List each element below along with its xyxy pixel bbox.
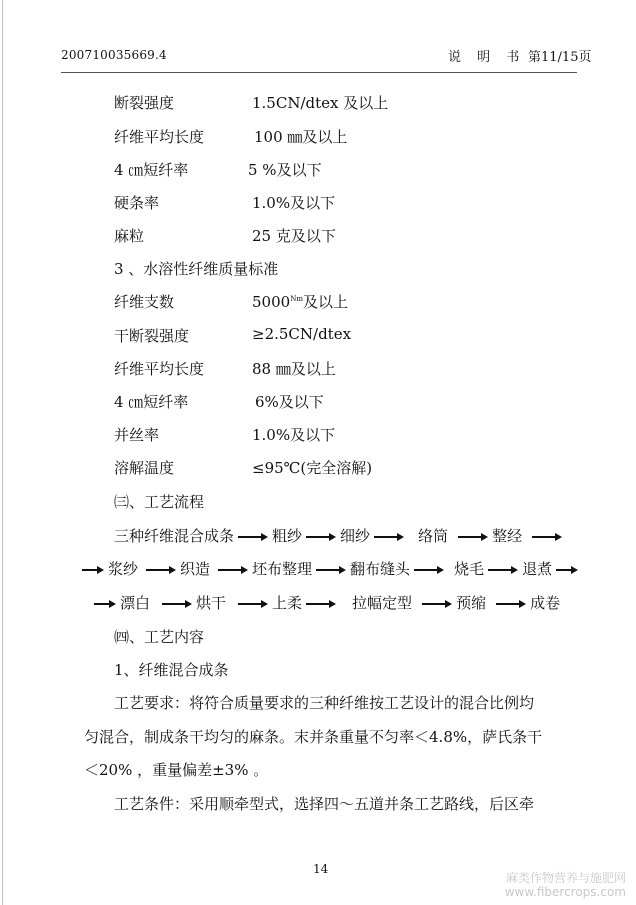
flow-step: 成卷 <box>530 594 560 612</box>
page-info: 第11/15页 <box>528 46 591 65</box>
watermark-site-name: 麻类作物营养与施肥网 <box>505 871 626 885</box>
flow-step: 织造 <box>180 560 210 578</box>
arrow-right-icon <box>94 599 116 609</box>
arrow-right-icon <box>146 565 176 575</box>
spec-label: 麻粒 <box>114 225 144 246</box>
arrow-right-icon <box>162 599 192 609</box>
subsection-heading: 1、纤维混合成条 <box>114 659 229 680</box>
spec-value-tail: 及以上 <box>303 293 348 311</box>
watermark: 麻类作物营养与施肥网 www.fibercrops.com <box>505 871 626 899</box>
flow-step: 三种纤维混合成条 <box>114 527 234 545</box>
arrow-right-icon <box>496 599 526 609</box>
flow-line-2: 浆纱织造坯布整理翻布缝头烧毛退煮 <box>82 558 578 579</box>
unit-superscript: Nm <box>290 295 303 303</box>
page-left-border <box>2 0 3 905</box>
arrow-right-icon <box>422 599 452 609</box>
spec-label: 4 ㎝短纤率 <box>114 391 188 412</box>
flow-step: 烘干 <box>196 594 226 612</box>
flow-step: 预缩 <box>456 594 486 612</box>
arrow-right-icon <box>458 532 488 542</box>
arrow-right-icon <box>218 565 248 575</box>
spec-value: 1.0%及以下 <box>252 424 335 445</box>
doc-type-char: 明 <box>477 50 490 65</box>
spec-label: 纤维支数 <box>114 291 174 312</box>
flow-step: 络筒 <box>418 527 448 545</box>
arrow-right-icon <box>306 532 336 542</box>
spec-label: 纤维平均长度 <box>114 126 204 147</box>
arrow-right-icon <box>316 565 346 575</box>
spec-value-number: 5000 <box>252 293 290 311</box>
flow-step: 粗纱 <box>272 527 302 545</box>
spec-value: ≤95℃(完全溶解) <box>252 457 372 478</box>
condition-paragraph-line: 工艺条件：采用顺牵型式，选择四～五道并条工艺路线，后区牵 <box>114 793 534 814</box>
arrow-right-icon <box>414 565 444 575</box>
section-heading: 3 、水溶性纤维质量标准 <box>114 258 278 279</box>
flow-step: 拉幅定型 <box>352 594 412 612</box>
flow-step: 退煮 <box>522 560 552 578</box>
requirement-paragraph-line: 工艺要求：将符合质量要求的三种纤维按工艺设计的混合比例均 <box>114 692 534 713</box>
arrow-right-icon <box>238 599 268 609</box>
flow-step: 细纱 <box>340 527 370 545</box>
arrow-right-icon <box>238 532 268 542</box>
spec-value: 25 克及以下 <box>252 225 336 246</box>
arrow-right-icon <box>556 565 578 575</box>
doc-type-char: 书 <box>506 50 519 65</box>
requirement-paragraph-line: ＜20% ，重量偏差±3% 。 <box>84 759 268 780</box>
flow-step: 烧毛 <box>454 560 484 578</box>
watermark-url: www.fibercrops.com <box>505 885 626 899</box>
process-content-heading: ㈣、工艺内容 <box>114 626 204 647</box>
patent-number: 200710035669.4 <box>61 48 167 62</box>
page-number: 14 <box>313 862 328 876</box>
flow-step: 整经 <box>492 527 522 545</box>
arrow-right-icon <box>532 532 562 542</box>
spec-value: ≥2.5CN/dtex <box>252 325 351 343</box>
spec-label: 纤维平均长度 <box>114 358 204 379</box>
spec-value: 1.0%及以下 <box>252 192 335 213</box>
flow-step: 翻布缝头 <box>350 560 410 578</box>
spec-label: 断裂强度 <box>114 92 174 113</box>
spec-value: 1.5CN/dtex 及以上 <box>252 92 388 113</box>
spec-label: 硬条率 <box>114 192 159 213</box>
flow-step: 上柔 <box>272 594 302 612</box>
spec-value: 5000Nm及以上 <box>252 291 348 312</box>
requirement-paragraph-line: 匀混合，制成条干均匀的麻条。末并条重量不匀率＜4.8%，萨氏条干 <box>84 726 542 747</box>
doc-type-char: 说 <box>448 50 461 65</box>
spec-value: 5 %及以下 <box>248 159 322 180</box>
arrow-right-icon <box>306 599 336 609</box>
arrow-right-icon <box>82 565 104 575</box>
process-flow-heading: ㈢、工艺流程 <box>114 491 204 512</box>
spec-label: 溶解温度 <box>114 457 174 478</box>
flow-line-1: 三种纤维混合成条粗纱细纱络筒整经 <box>114 525 566 546</box>
flow-step: 浆纱 <box>108 560 138 578</box>
arrow-right-icon <box>488 565 518 575</box>
flow-step: 坯布整理 <box>252 560 312 578</box>
spec-label: 并丝率 <box>114 424 159 445</box>
spec-label: 4 ㎝短纤率 <box>114 159 188 180</box>
arrow-right-icon <box>374 532 404 542</box>
spec-label: 干断裂强度 <box>114 325 189 346</box>
flow-step: 漂白 <box>120 594 150 612</box>
flow-line-3: 漂白烘干上柔拉幅定型预缩成卷 <box>94 592 560 613</box>
doc-type-label: 说 明 书 <box>448 46 519 65</box>
header-rule <box>61 72 577 73</box>
spec-value: 100 ㎜及以上 <box>254 126 347 147</box>
spec-value: 88 ㎜及以上 <box>252 358 336 379</box>
spec-value: 6%及以下 <box>255 391 324 412</box>
